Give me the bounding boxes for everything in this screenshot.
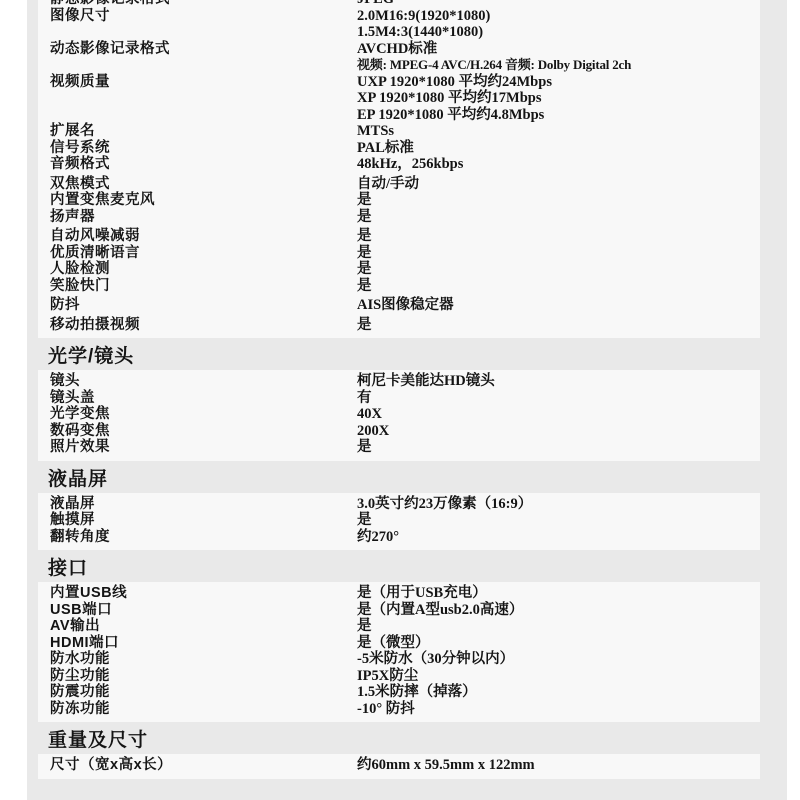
spec-value: 2.0M16:9(1920*1080)1.5M4:3(1440*1080) [357, 8, 760, 41]
spec-label: 防抖 [38, 297, 357, 314]
rows-block: 尺寸（宽x高x长）约60mm x 59.5mm x 122mm [38, 754, 760, 779]
spec-value-line: 柯尼卡美能达HD镜头 [357, 373, 760, 390]
spec-label: AV输出 [38, 618, 357, 635]
rows-block: 液晶屏3.0英寸约23万像素（16:9）触摸屏是翻转角度约270° [38, 493, 760, 551]
spec-value-line: 是 [357, 439, 760, 456]
spec-row: AV输出是 [38, 618, 760, 635]
section-header: 重量及尺寸 [27, 730, 787, 752]
spec-label: 光学变焦 [38, 406, 357, 423]
spec-value: -10° 防抖 [357, 701, 760, 718]
spec-label: 镜头 [38, 373, 357, 390]
spec-label: 自动风噪减弱 [38, 228, 357, 245]
spec-value-line: 是 [357, 512, 760, 529]
spec-value: MTSs [357, 123, 760, 140]
spec-label: 音频格式 [38, 156, 357, 173]
spec-value: 约60mm x 59.5mm x 122mm [357, 757, 760, 774]
spec-row: 内置变焦麦克风是 [38, 192, 760, 209]
section-header: 液晶屏 [27, 469, 787, 491]
spec-row: 防尘功能IP5X防尘 [38, 668, 760, 685]
spec-label: 照片效果 [38, 439, 357, 456]
spec-value: 约270° [357, 529, 760, 546]
spec-value: 是 [357, 512, 760, 529]
spec-row: 扬声器是 [38, 209, 760, 226]
spec-value-line: 是 [357, 261, 760, 278]
spec-label: 触摸屏 [38, 512, 357, 529]
spec-value-line: JPEG [357, 0, 760, 8]
spec-value: AVCHD标准视频: MPEG-4 AVC/H.264 音频: Dolby Di… [357, 41, 760, 74]
spec-label: 优质清晰语言 [38, 245, 357, 262]
spec-value-line: AVCHD标准 [357, 41, 760, 58]
spec-row: 静态影像记录格式JPEG [38, 0, 760, 8]
spec-label: 内置变焦麦克风 [38, 192, 357, 209]
spec-row: 尺寸（宽x高x长）约60mm x 59.5mm x 122mm [38, 757, 760, 774]
spec-row: 镜头柯尼卡美能达HD镜头 [38, 373, 760, 390]
spec-value: 柯尼卡美能达HD镜头 [357, 373, 760, 390]
spec-label: 防冻功能 [38, 701, 357, 718]
spec-label: 镜头盖 [38, 390, 357, 407]
spec-value-line: XP 1920*1080 平均约17Mbps [357, 90, 760, 107]
spec-row: 防水功能-5米防水（30分钟以内） [38, 651, 760, 668]
spec-value: 1.5米防摔（掉落） [357, 684, 760, 701]
spec-value: 自动/手动 [357, 176, 760, 193]
spec-row: 音频格式48kHz，256kbps [38, 156, 760, 173]
spec-value-line: 3.0英寸约23万像素（16:9） [357, 496, 760, 513]
rows-block: 镜头柯尼卡美能达HD镜头镜头盖有光学变焦40X数码变焦200X照片效果是 [38, 370, 760, 461]
spec-label: 液晶屏 [38, 496, 357, 513]
spec-value: 是 [357, 278, 760, 295]
spec-row: 自动风噪减弱是 [38, 228, 760, 245]
spec-section: 静态影像记录格式JPEG图像尺寸2.0M16:9(1920*1080)1.5M4… [27, 0, 787, 338]
spec-value-line: 1.5M4:3(1440*1080) [357, 24, 760, 41]
spec-value-line: -5米防水（30分钟以内） [357, 651, 760, 668]
spec-label: 图像尺寸 [38, 8, 357, 25]
spec-row: 动态影像记录格式AVCHD标准视频: MPEG-4 AVC/H.264 音频: … [38, 41, 760, 74]
spec-label: 防尘功能 [38, 668, 357, 685]
spec-row: 内置USB线是（用于USB充电） [38, 585, 760, 602]
spec-value-line: 40X [357, 406, 760, 423]
spec-value-line: 约270° [357, 529, 760, 546]
spec-value: 是 [357, 209, 760, 226]
spec-value-line: 约60mm x 59.5mm x 122mm [357, 757, 760, 774]
spec-row: 人脸检测是 [38, 261, 760, 278]
spec-value: 是 [357, 439, 760, 456]
spec-value: 48kHz，256kbps [357, 156, 760, 173]
spec-row: 视频质量UXP 1920*1080 平均约24MbpsXP 1920*1080 … [38, 74, 760, 124]
spec-row: 光学变焦40X [38, 406, 760, 423]
spec-value-line: 48kHz，256kbps [357, 156, 760, 173]
spec-table: 静态影像记录格式JPEG图像尺寸2.0M16:9(1920*1080)1.5M4… [27, 0, 787, 800]
spec-value: 是 [357, 192, 760, 209]
spec-row: 翻转角度约270° [38, 529, 760, 546]
spec-label: 扬声器 [38, 209, 357, 226]
section-header: 接口 [27, 558, 787, 580]
spec-row: 防抖AIS图像稳定器 [38, 297, 760, 314]
spec-section: 液晶屏液晶屏3.0英寸约23万像素（16:9）触摸屏是翻转角度约270° [27, 469, 787, 551]
spec-row: 触摸屏是 [38, 512, 760, 529]
spec-value: 是（内置A型usb2.0高速） [357, 602, 760, 619]
spec-value-line: 是（微型） [357, 635, 760, 652]
spec-row: 优质清晰语言是 [38, 245, 760, 262]
spec-value: AIS图像稳定器 [357, 297, 760, 314]
spec-value-line: PAL标准 [357, 140, 760, 157]
spec-row: 笑脸快门是 [38, 278, 760, 295]
spec-label: 内置USB线 [38, 585, 357, 602]
spec-value: 是 [357, 261, 760, 278]
spec-label: HDMI端口 [38, 635, 357, 652]
rows-block: 内置USB线是（用于USB充电）USB端口是（内置A型usb2.0高速）AV输出… [38, 582, 760, 722]
spec-label: USB端口 [38, 602, 357, 619]
spec-value: IP5X防尘 [357, 668, 760, 685]
spec-section: 接口内置USB线是（用于USB充电）USB端口是（内置A型usb2.0高速）AV… [27, 558, 787, 722]
spec-value: -5米防水（30分钟以内） [357, 651, 760, 668]
spec-value: JPEG [357, 0, 760, 8]
spec-label: 数码变焦 [38, 423, 357, 440]
spec-value: 有 [357, 390, 760, 407]
spec-label: 人脸检测 [38, 261, 357, 278]
spec-value-line: 是 [357, 317, 760, 334]
spec-value: 是（用于USB充电） [357, 585, 760, 602]
spec-label: 信号系统 [38, 140, 357, 157]
spec-label: 防震功能 [38, 684, 357, 701]
spec-value-line: 视频: MPEG-4 AVC/H.264 音频: Dolby Digital 2… [357, 57, 760, 74]
spec-value: 是 [357, 245, 760, 262]
spec-value: 200X [357, 423, 760, 440]
spec-row: USB端口是（内置A型usb2.0高速） [38, 602, 760, 619]
spec-value-line: MTSs [357, 123, 760, 140]
spec-row: 移动拍摄视频是 [38, 317, 760, 334]
spec-label: 扩展名 [38, 123, 357, 140]
spec-value-line: 2.0M16:9(1920*1080) [357, 8, 760, 25]
spec-value: 是 [357, 228, 760, 245]
spec-value-line: 是 [357, 245, 760, 262]
spec-row: 扩展名MTSs [38, 123, 760, 140]
spec-value-line: IP5X防尘 [357, 668, 760, 685]
spec-row: 数码变焦200X [38, 423, 760, 440]
spec-section: 光学/镜头镜头柯尼卡美能达HD镜头镜头盖有光学变焦40X数码变焦200X照片效果… [27, 346, 787, 461]
spec-value-line: AIS图像稳定器 [357, 297, 760, 314]
rows-block: 静态影像记录格式JPEG图像尺寸2.0M16:9(1920*1080)1.5M4… [38, 0, 760, 338]
spec-value-line: UXP 1920*1080 平均约24Mbps [357, 74, 760, 91]
spec-value: 是（微型） [357, 635, 760, 652]
section-header: 光学/镜头 [27, 346, 787, 368]
spec-value: 3.0英寸约23万像素（16:9） [357, 496, 760, 513]
spec-label: 双焦模式 [38, 176, 357, 193]
spec-value: UXP 1920*1080 平均约24MbpsXP 1920*1080 平均约1… [357, 74, 760, 124]
spec-value: 40X [357, 406, 760, 423]
spec-value-line: 200X [357, 423, 760, 440]
spec-label: 静态影像记录格式 [38, 0, 357, 8]
spec-value-line: 是 [357, 278, 760, 295]
spec-row: HDMI端口是（微型） [38, 635, 760, 652]
spec-row: 镜头盖有 [38, 390, 760, 407]
spec-label: 尺寸（宽x高x长） [38, 757, 357, 774]
spec-value: 是 [357, 317, 760, 334]
spec-value-line: 自动/手动 [357, 176, 760, 193]
spec-label: 动态影像记录格式 [38, 41, 357, 58]
spec-value-line: -10° 防抖 [357, 701, 760, 718]
spec-value-line: 有 [357, 390, 760, 407]
spec-value-line: 1.5米防摔（掉落） [357, 684, 760, 701]
spec-row: 图像尺寸2.0M16:9(1920*1080)1.5M4:3(1440*1080… [38, 8, 760, 41]
spec-row: 照片效果是 [38, 439, 760, 456]
spec-row: 液晶屏3.0英寸约23万像素（16:9） [38, 496, 760, 513]
spec-label: 翻转角度 [38, 529, 357, 546]
spec-row: 双焦模式自动/手动 [38, 176, 760, 193]
spec-value-line: 是（用于USB充电） [357, 585, 760, 602]
spec-value-line: 是 [357, 228, 760, 245]
spec-value-line: 是（内置A型usb2.0高速） [357, 602, 760, 619]
spec-value-line: 是 [357, 209, 760, 226]
spec-label: 笑脸快门 [38, 278, 357, 295]
spec-label: 视频质量 [38, 74, 357, 91]
spec-value: 是 [357, 618, 760, 635]
spec-value-line: EP 1920*1080 平均约4.8Mbps [357, 107, 760, 124]
spec-value-line: 是 [357, 618, 760, 635]
spec-value-line: 是 [357, 192, 760, 209]
spec-row: 防冻功能-10° 防抖 [38, 701, 760, 718]
spec-label: 移动拍摄视频 [38, 317, 357, 334]
spec-row: 信号系统PAL标准 [38, 140, 760, 157]
spec-row: 防震功能1.5米防摔（掉落） [38, 684, 760, 701]
spec-label: 防水功能 [38, 651, 357, 668]
spec-section: 重量及尺寸尺寸（宽x高x长）约60mm x 59.5mm x 122mm [27, 730, 787, 779]
spec-value: PAL标准 [357, 140, 760, 157]
